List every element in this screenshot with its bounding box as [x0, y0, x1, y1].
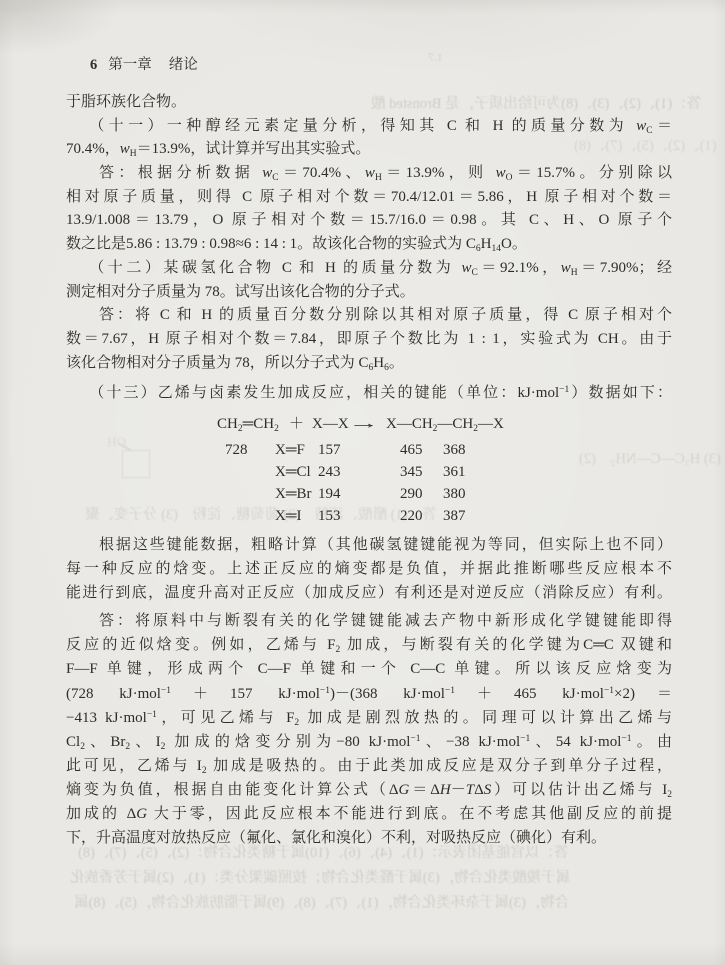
bleedthrough-text: 合物，(3)属于杂环类化合物，(1)、(7)、(8)、(9)属于脂肪族化合物，(… [74, 891, 569, 912]
text-line: 每一种反应的焓变。上述正反应的熵变都是负值，并据此推断哪些反应根本不 [66, 557, 672, 581]
xx-bond-energy: 153 [318, 505, 341, 527]
cc-single-bond-energy: 368 [443, 439, 466, 461]
text-line: 于脂环族化合物。 [66, 91, 672, 115]
scanned-book-page: 1.7 答：(1)、(2)、(3)、(8)为可给出质子，是 Bronsted 酸… [0, 0, 725, 965]
text-line: 反应的近似焓变。例如，乙烯与 F2 加成，与断裂有关的化学键为C═C 双键和 [66, 633, 672, 657]
text-line: 此可见，乙烯与 I2 加成是吸热的。由于此类加成反应是双分子到单分子过程， [66, 754, 672, 778]
section-title: 绪论 [169, 57, 198, 73]
text-line: 答：将 C 和 H 的质量百分数分别除以其相对原子质量，得 C 原子相对个 [66, 304, 672, 328]
xx-bond-energy: 157 [318, 439, 341, 461]
cc-single-bond-energy: 387 [443, 505, 466, 527]
cx-bond-energy: 220 [400, 505, 423, 527]
cc-single-bond-energy: 380 [443, 483, 466, 505]
cc-double-bond-energy: 728 [225, 439, 248, 461]
reactant-halogen: X—X [312, 413, 349, 437]
text-line: 数＝7.67，H 原子相对个数＝7.84，即原子个数比为 1 : 1，实验式为 … [66, 328, 672, 352]
text-line: 根据这些键能数据，粗略计算（其他碳氢键键能视为等同，但实际上也不同） [66, 533, 672, 557]
halogen-label: X═Br [275, 483, 311, 505]
text-line: 下，升高温度对放热反应（氟化、氯化和溴化）不利，对吸热反应（碘化）有利。 [66, 826, 672, 850]
reaction-arrow: → [348, 413, 380, 437]
product-dihaloethane: X—CH2—CH2—X [386, 413, 504, 437]
text-line: Cl2、Br2、I2 加成的焓变分别为−80 kJ·mol−1、−38 kJ·m… [66, 730, 672, 754]
page-number: 6 [90, 57, 97, 73]
text-line: −413 kJ·mol−1，可见乙烯与 F2 加成是剧烈放热的。同理可以计算出乙… [66, 706, 672, 730]
reactant-ethylene: CH2═CH2 [217, 413, 279, 437]
page-body: 于脂环族化合物。（十一）一种醇经元素定量分析，得知其 C 和 H 的质量分数为 … [66, 91, 672, 850]
reaction-scheme: CH2═CH2 ＋ X—X → X—CH2—CH2—X 728 X═F 157 … [66, 406, 672, 526]
text-line: 测定相对分子质量为 78。试写出该化合物的分子式。 [66, 281, 672, 305]
halogen-label: X═Cl [275, 461, 311, 483]
cc-single-bond-energy: 361 [443, 461, 466, 483]
cx-bond-energy: 465 [400, 439, 423, 461]
text-line: 熵变为负值，根据自由能变化计算公式（ΔG＝ΔH－TΔS）可以估计出乙烯与 I2 [66, 778, 672, 802]
text-line: 答：将原料中与断裂有关的化学键键能减去产物中新形成化学键键能即得 [66, 609, 672, 633]
bleedthrough-text: 属于羧酸类化合物，(3)属于醛类化合物；按照碳架分类：(1)、(2)属于芳香族化 [70, 866, 570, 887]
paragraphs-top: 于脂环族化合物。（十一）一种醇经元素定量分析，得知其 C 和 H 的质量分数为 … [66, 91, 672, 375]
bleedthrough-text: 1.7 [428, 50, 443, 65]
plus-sign: ＋ [289, 413, 304, 437]
text-line: 13.9/1.008＝13.79，O 原子相对个数＝15.7/16.0＝0.98… [66, 209, 672, 233]
text-line: (728 kJ·mol−1＋157 kJ·mol−1)－(368 kJ·mol−… [66, 682, 672, 706]
text-line: 相对原子质量，则得 C 原子相对个数＝70.4/12.01＝5.86，H 原子相… [66, 186, 672, 210]
text-line: 该化合物相对分子质量为 78，所以分子式为 C6H6。 [66, 352, 672, 376]
halogen-label: X═I [275, 505, 301, 527]
text-line: F—F 单键，形成两个 C—F 单键和一个 C—C 单键。所以该反应焓变为 [66, 657, 672, 681]
halogen-label: X═F [275, 439, 305, 461]
cx-bond-energy: 290 [400, 483, 423, 505]
xx-bond-energy: 243 [318, 461, 341, 483]
chapter-title: 第一章 [108, 57, 152, 73]
text-line: 70.4%，wH＝13.9%，试计算并写出其实验式。 [66, 138, 672, 162]
text-line: 加成的 ΔG 大于零，因此反应根本不能进行到底。在不考虑其他副反应的前提 [66, 802, 672, 826]
problem-13-question: 根据这些键能数据，粗略计算（其他碳氢键键能视为等同，但实际上也不同）每一种反应的… [66, 533, 672, 605]
running-head: 6第一章绪论 [90, 53, 198, 74]
text-line: （十三）乙烯与卤素发生加成反应，相关的键能（单位：kJ·mol−1）数据如下： [66, 382, 672, 406]
text-line: 数之比是5.86 : 13.79 : 0.98≈6 : 14 : 1。故该化合物… [66, 233, 672, 257]
problem-13-answer: 答：将原料中与断裂有关的化学键键能减去产物中新形成化学键键能即得反应的近似焓变。… [66, 609, 672, 850]
cx-bond-energy: 345 [400, 461, 423, 483]
text-line: 答：根据分析数据 wC＝70.4%、wH＝13.9%，则 wO＝15.7%。分别… [66, 162, 672, 186]
text-line: （十二）某碳氢化合物 C 和 H 的质量分数为 wC＝92.1%，wH＝7.90… [66, 257, 672, 281]
xx-bond-energy: 194 [318, 483, 341, 505]
text-line: 能进行到底，温度升高对正反应（加成反应）有利还是对逆反应（消除反应）有利。 [66, 581, 672, 605]
text-line: （十一）一种醇经元素定量分析，得知其 C 和 H 的质量分数为 wC＝ [66, 115, 672, 139]
problem-13-lead: （十三）乙烯与卤素发生加成反应，相关的键能（单位：kJ·mol−1）数据如下： [66, 382, 672, 406]
